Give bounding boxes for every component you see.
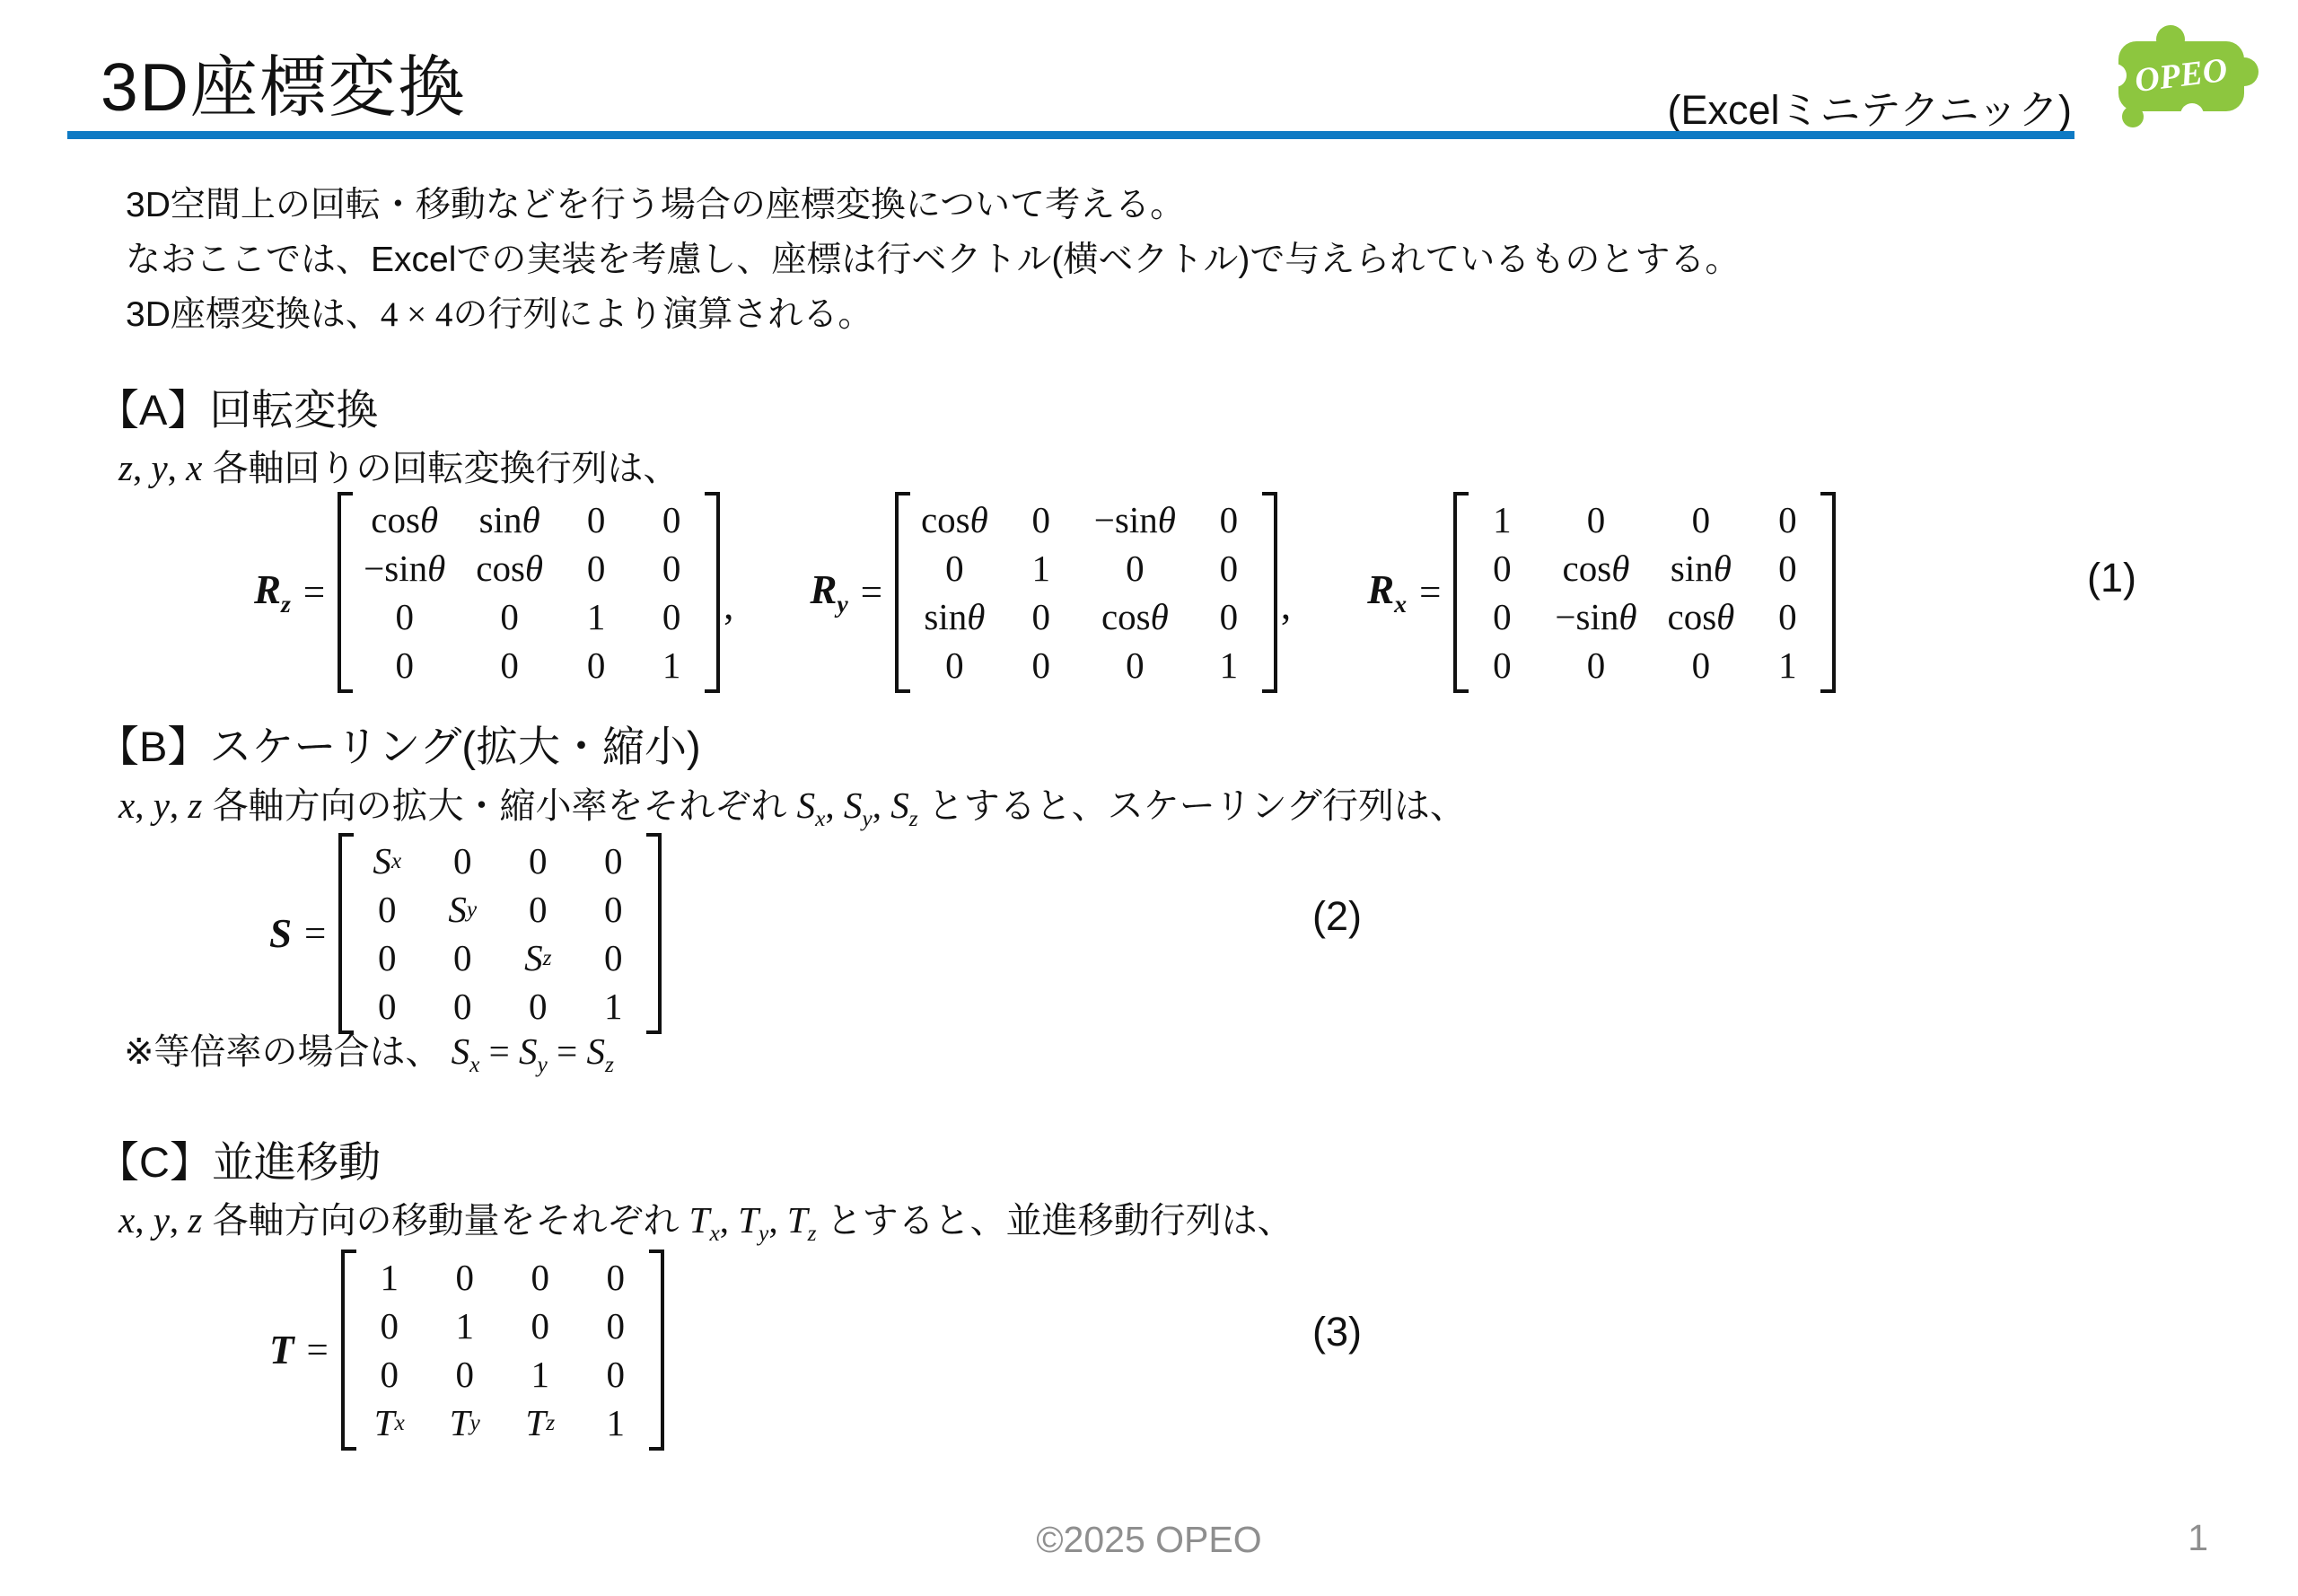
matrix-s-label: S: [269, 910, 292, 957]
matrix-separator: ,: [724, 582, 733, 628]
opeo-logo: OPEO: [2106, 20, 2266, 133]
section-b-lead-text2: とすると、スケーリング行列は、: [928, 786, 1466, 826]
scaling-note-text: ※等倍率の場合は、: [124, 1032, 442, 1072]
matrix-cell: 0: [364, 1353, 416, 1396]
matrix-cell: 1: [1203, 644, 1255, 687]
matrix-cell: 0: [1015, 595, 1067, 638]
matrix-ry-grid: cos θ0−sin θ00100sin θ0cos θ00001: [910, 492, 1262, 693]
matrix-cell: 1: [439, 1304, 491, 1347]
section-c-lead-text2: とすると、並進移動行列は、: [827, 1201, 1294, 1241]
matrix-rx: Rx = 10000cos θsin θ00−sin θcos θ00001: [1367, 492, 1836, 693]
matrix-cell: Ty: [439, 1401, 491, 1444]
matrix-cell: 1: [1761, 644, 1813, 687]
matrix-cell: 0: [570, 547, 622, 590]
matrix-rz: Rz = cos θsin θ00−sin θcos θ0000100001 ,: [254, 492, 733, 693]
matrix-cell: 0: [917, 547, 992, 590]
left-bracket: [1453, 492, 1469, 693]
matrix-cell: 0: [1203, 498, 1255, 541]
matrix-cell: 0: [1476, 547, 1528, 590]
section-a-heading: 【A】回転変換: [97, 377, 378, 437]
matrix-cell: sin θ: [472, 498, 547, 541]
section-a-lead: z, y, x 各軸回りの回転変換行列は、: [118, 440, 680, 491]
matrix-rz-label: Rz: [254, 566, 291, 619]
matrix-cell: sin θ: [1664, 547, 1739, 590]
matrix-cell: 0: [645, 547, 697, 590]
matrix-cell: 0: [1761, 498, 1813, 541]
equals-sign: =: [861, 571, 882, 615]
title-underline: [67, 131, 2074, 139]
page-title: 3D座標変換: [101, 34, 467, 130]
matrix-cell: Tz: [514, 1401, 566, 1444]
matrix-cell: 0: [1664, 644, 1739, 687]
section-c-lead-vars: x, y, z: [118, 1199, 202, 1241]
matrix-cell: 0: [587, 888, 639, 931]
right-bracket: [705, 492, 720, 693]
matrix-cell: sin θ: [917, 595, 992, 638]
rotation-matrices-row: Rz = cos θsin θ00−sin θcos θ0000100001 ,…: [254, 492, 1836, 693]
matrix-t-label: T: [269, 1327, 294, 1373]
section-b-lead-vars: x, y, z: [118, 785, 202, 826]
matrix-cell: 0: [512, 985, 564, 1028]
equation-number-1: (1): [2087, 555, 2136, 601]
matrix-cell: 0: [472, 644, 547, 687]
matrix-cell: cos θ: [360, 498, 449, 541]
matrix-cell: 0: [590, 1256, 642, 1299]
matrix-cell: 1: [1015, 547, 1067, 590]
matrix-cell: 0: [570, 644, 622, 687]
matrix-cell: 0: [361, 888, 413, 931]
matrix-cell: 0: [1091, 547, 1180, 590]
matrix-rx-grid: 10000cos θsin θ00−sin θcos θ00001: [1469, 492, 1820, 693]
matrix-cell: cos θ: [1664, 595, 1739, 638]
matrix-cell: 0: [439, 1353, 491, 1396]
footer-copyright: ©2025 OPEO: [0, 1519, 2298, 1561]
matrix-cell: 0: [512, 839, 564, 882]
matrix-cell: 0: [1551, 498, 1640, 541]
matrix-separator: ,: [1281, 582, 1291, 628]
matrix-cell: Sy: [436, 888, 488, 931]
matrix-cell: 0: [1203, 595, 1255, 638]
matrix-cell: 0: [1664, 498, 1739, 541]
puzzle-logo-icon: OPEO: [2106, 20, 2266, 133]
matrix-cell: 0: [1015, 498, 1067, 541]
section-b-lead-vars2: Sx, Sy, Sz: [797, 785, 918, 826]
matrix-cell: 0: [472, 595, 547, 638]
left-bracket: [341, 1250, 356, 1451]
left-bracket: [895, 492, 910, 693]
matrix-cell: −sin θ: [360, 547, 449, 590]
matrix-cell: −sin θ: [1091, 498, 1180, 541]
matrix-cell: cos θ: [1551, 547, 1640, 590]
right-bracket: [649, 1250, 664, 1451]
matrix-cell: 0: [645, 498, 697, 541]
scaling-note: ※等倍率の場合は、 Sx = Sy = Sz: [124, 1023, 614, 1078]
matrix-cell: 0: [436, 839, 488, 882]
intro-line-2: なおここでは、Excelでの実装を考慮し、座標は行ベクトル(横ベクトル)で与えら…: [126, 232, 1740, 287]
matrix-cell: 0: [1761, 547, 1813, 590]
matrix-cell: cos θ: [1091, 595, 1180, 638]
matrix-cell: 1: [570, 595, 622, 638]
equals-sign: =: [304, 912, 326, 956]
matrix-cell: 0: [436, 936, 488, 979]
matrix-cell: 1: [645, 644, 697, 687]
section-c-lead-vars2: Tx, Ty, Tz: [689, 1199, 817, 1241]
equation-number-2: (2): [1312, 893, 1362, 940]
left-bracket: [338, 492, 353, 693]
matrix-cell: 0: [436, 985, 488, 1028]
matrix-cell: 1: [590, 1401, 642, 1444]
matrix-cell: 0: [917, 644, 992, 687]
matrix-cell: 1: [587, 985, 639, 1028]
matrix-t: T = 100001000010TxTyTz1: [269, 1250, 664, 1451]
slide: 3D座標変換 (Excelミニテクニック) OPEO 3D空間上の回転・移動など…: [0, 0, 2298, 1596]
section-b-lead-text1: 各軸方向の拡大・縮小率をそれぞれ: [213, 786, 787, 826]
matrix-cell: 0: [360, 595, 449, 638]
page-number: 1: [2188, 1517, 2208, 1559]
section-b-lead: x, y, z 各軸方向の拡大・縮小率をそれぞれ Sx, Sy, Sz とすると…: [118, 777, 1466, 832]
section-b-heading: 【B】スケーリング(拡大・縮小): [97, 714, 701, 774]
matrix-rx-label: Rx: [1367, 566, 1407, 619]
section-c-heading: 【C】並進移動: [97, 1129, 381, 1189]
matrix-cell: Sz: [512, 936, 564, 979]
matrix-t-grid: 100001000010TxTyTz1: [356, 1250, 649, 1451]
matrix-s: S = Sx0000Sy0000Sz00001: [269, 833, 662, 1034]
matrix-cell: 0: [1203, 547, 1255, 590]
matrix-cell: 0: [361, 985, 413, 1028]
matrix-cell: 1: [364, 1256, 416, 1299]
equals-sign: =: [1419, 571, 1441, 615]
matrix-cell: 0: [360, 644, 449, 687]
matrix-cell: cos θ: [917, 498, 992, 541]
matrix-cell: 0: [590, 1353, 642, 1396]
intro-line-3-math: 4 × 4: [381, 295, 453, 334]
matrix-cell: 1: [1476, 498, 1528, 541]
matrix-cell: 0: [587, 839, 639, 882]
matrix-ry: Ry = cos θ0−sin θ00100sin θ0cos θ00001 ,: [810, 492, 1291, 693]
page-subtitle: (Excelミニテクニック): [1667, 77, 2072, 136]
matrix-cell: 0: [439, 1256, 491, 1299]
matrix-cell: 0: [1015, 644, 1067, 687]
intro-line-3-text-after: の行列により演算される。: [452, 295, 873, 334]
matrix-cell: 0: [514, 1304, 566, 1347]
matrix-rz-grid: cos θsin θ00−sin θcos θ0000100001: [353, 492, 705, 693]
matrix-cell: 0: [1551, 644, 1640, 687]
section-a-lead-text: 各軸回りの回転変換行列は、: [213, 449, 680, 488]
matrix-cell: 0: [1761, 595, 1813, 638]
matrix-cell: 0: [590, 1304, 642, 1347]
equals-sign: =: [307, 1329, 329, 1372]
right-bracket: [646, 833, 662, 1034]
matrix-cell: 0: [361, 936, 413, 979]
matrix-cell: 1: [514, 1353, 566, 1396]
matrix-ry-label: Ry: [810, 566, 847, 619]
section-a-lead-vars: z, y, x: [118, 447, 202, 488]
intro-line-3: 3D座標変換は、4 × 4の行列により演算される。: [126, 287, 1740, 342]
matrix-cell: 0: [645, 595, 697, 638]
matrix-cell: 0: [1476, 595, 1528, 638]
left-bracket: [338, 833, 354, 1034]
right-bracket: [1262, 492, 1277, 693]
matrix-cell: 0: [514, 1256, 566, 1299]
intro-paragraph: 3D空間上の回転・移動などを行う場合の座標変換について考える。 なおここでは、E…: [126, 178, 1740, 342]
matrix-s-grid: Sx0000Sy0000Sz00001: [354, 833, 646, 1034]
matrix-cell: 0: [1476, 644, 1528, 687]
right-bracket: [1820, 492, 1836, 693]
intro-line-3-text: 3D座標変換は、: [126, 295, 381, 334]
equation-number-3: (3): [1312, 1309, 1362, 1355]
matrix-cell: 0: [587, 936, 639, 979]
matrix-cell: 0: [512, 888, 564, 931]
intro-line-1: 3D空間上の回転・移動などを行う場合の座標変換について考える。: [126, 178, 1740, 232]
section-c-lead: x, y, z 各軸方向の移動量をそれぞれ Tx, Ty, Tz とすると、並進…: [118, 1192, 1294, 1247]
matrix-cell: 0: [1091, 644, 1180, 687]
equals-sign: =: [303, 571, 325, 615]
matrix-cell: 0: [570, 498, 622, 541]
section-c-lead-text1: 各軸方向の移動量をそれぞれ: [213, 1201, 680, 1241]
matrix-cell: 0: [364, 1304, 416, 1347]
matrix-cell: −sin θ: [1551, 595, 1640, 638]
scaling-note-math: Sx = Sy = Sz: [452, 1030, 614, 1072]
matrix-cell: Tx: [364, 1401, 416, 1444]
matrix-cell: cos θ: [472, 547, 547, 590]
matrix-cell: Sx: [361, 839, 413, 882]
